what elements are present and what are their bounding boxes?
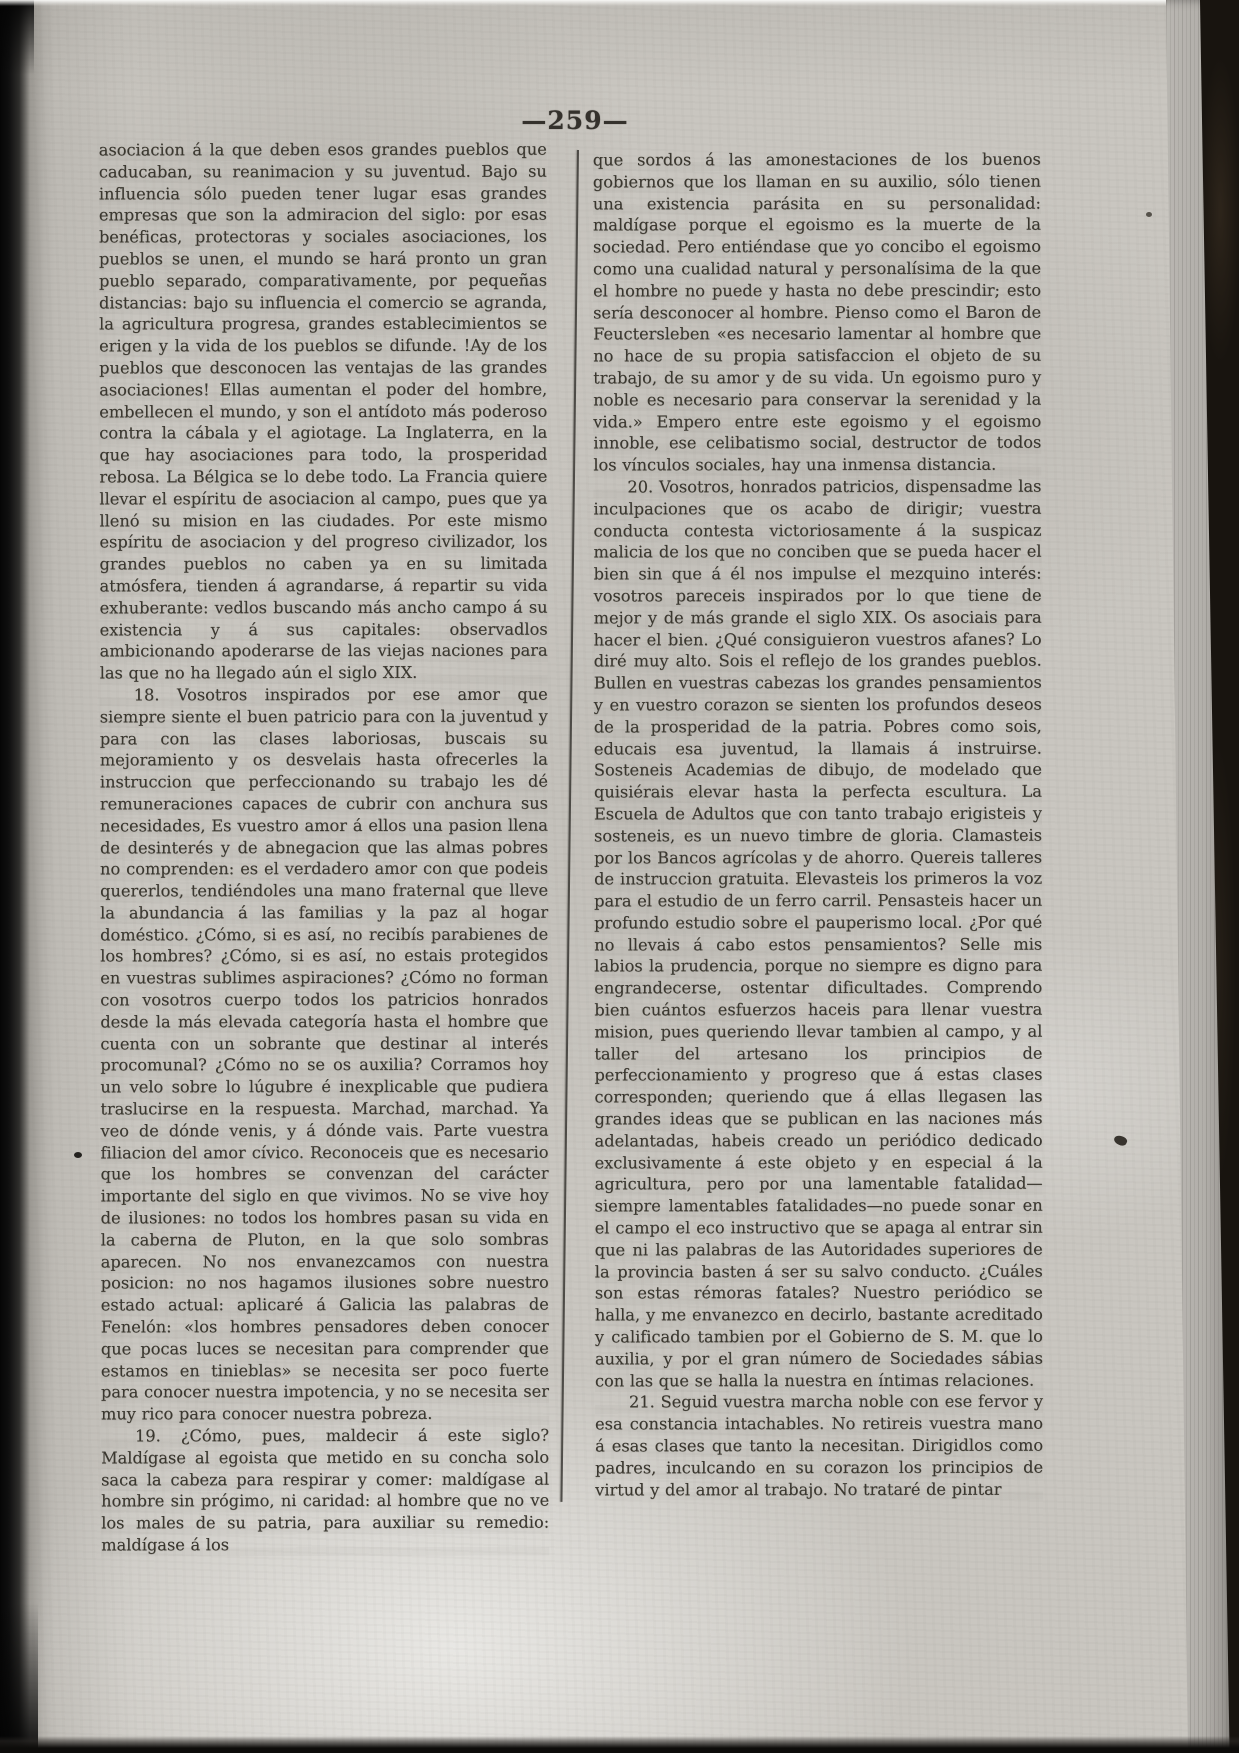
paragraph-21: 21. Seguid vuestra marcha noble con ese … [595,1391,1043,1501]
right-text-column: que sordos á las amonestaciones de los b… [593,149,1043,1501]
ink-speck [1146,212,1152,217]
scan-bottom-edge [0,1736,1239,1753]
paragraph-18: 18. Vosotros inspirados por ese amor que… [100,684,549,1426]
ink-speck [74,1152,82,1158]
left-text-column: asociacion á la que deben esos grandes p… [99,139,549,1557]
paragraph-17-continuation: asociacion á la que deben esos grandes p… [99,139,548,685]
page-number: —259— [485,106,665,135]
book-page-scan: —259— asociacion á la que deben esos gra… [0,0,1239,1753]
book-binding-shadow [0,0,44,1753]
scan-top-edge [0,0,1166,6]
paragraph-19-continuation: que sordos á las amonestaciones de los b… [593,149,1042,477]
paragraph-19: 19. ¿Cómo, pues, maldecir á este siglo? … [101,1425,549,1557]
paragraph-20: 20. Vosotros, honrados patricios, dispen… [593,476,1043,1392]
